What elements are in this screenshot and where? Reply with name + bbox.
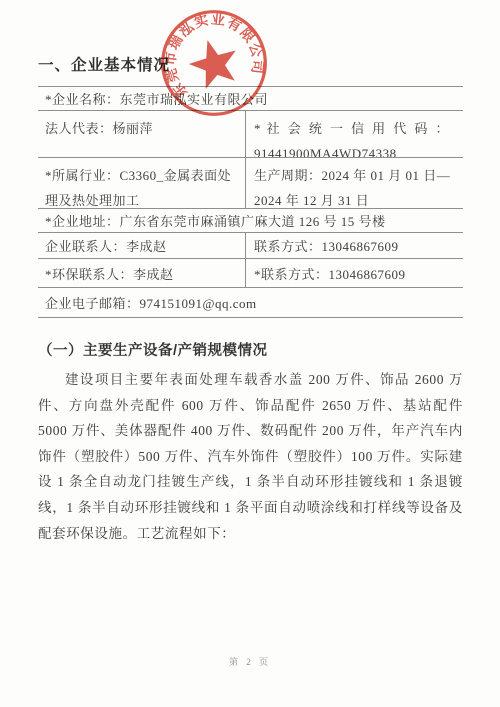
table-row-address: *企业地址：广东省东莞市麻涌镇广麻大道 126 号 15 号楼 bbox=[38, 208, 463, 232]
contact-person-text: 企业联系人：李成赵 bbox=[45, 236, 167, 255]
cell-email: 企业电子邮箱：974151091@qq.com bbox=[38, 288, 463, 317]
page-title: 一、企业基本情况 bbox=[38, 53, 170, 75]
legal-rep-text: 法人代表：杨丽萍 bbox=[45, 116, 241, 141]
page-number: 第 2 页 bbox=[0, 655, 500, 668]
cell-credit-code: * 社 会 统 一 信 用 代 码 ： 91441900MA4WD74338 bbox=[245, 111, 463, 157]
contact-phone-text: 联系方式：13046867609 bbox=[254, 236, 399, 255]
body-paragraph: 建设项目主要年表面处理车载香水盖 200 万件、饰品 2600 万件、方向盘外壳… bbox=[38, 367, 463, 546]
cell-env-contact-phone: *联系方式：13046867609 bbox=[245, 259, 463, 287]
email-text: 企业电子邮箱：974151091@qq.com bbox=[45, 293, 257, 312]
cell-company-name: *企业名称：东莞市瑞泓实业有限公司 bbox=[38, 87, 463, 110]
production-period-text: 生产周期：2024 年 01 月 01 日—2024 年 12 月 31 日 bbox=[254, 163, 459, 208]
address-text: *企业地址：广东省东莞市麻涌镇广麻大道 126 号 15 号楼 bbox=[45, 211, 386, 230]
table-row-contact: 企业联系人：李成赵 联系方式：13046867609 bbox=[38, 232, 463, 258]
document-page: 一、企业基本情况 *企业名称：东莞市瑞泓实业有限公司 法人代表：杨丽萍 * 社 … bbox=[0, 0, 500, 707]
table-row-legal-rep: 法人代表：杨丽萍 * 社 会 统 一 信 用 代 码 ： 91441900MA4… bbox=[38, 110, 463, 157]
seal-star-icon bbox=[184, 33, 244, 91]
credit-code-value: 91441900MA4WD74338 bbox=[254, 141, 459, 157]
table-row-industry: *所属行业：C3360_金属表面处理及热处理加工 生产周期：2024 年 01 … bbox=[38, 157, 463, 208]
table-row-env-contact: *环保联系人：李成赵 *联系方式：13046867609 bbox=[38, 258, 463, 287]
cell-industry: *所属行业：C3360_金属表面处理及热处理加工 bbox=[38, 158, 245, 208]
cell-legal-rep: 法人代表：杨丽萍 bbox=[38, 111, 245, 157]
cell-env-contact-person: *环保联系人：李成赵 bbox=[38, 259, 245, 287]
table-row-company-name: *企业名称：东莞市瑞泓实业有限公司 bbox=[38, 86, 463, 110]
cell-production-period: 生产周期：2024 年 01 月 01 日—2024 年 12 月 31 日 bbox=[245, 158, 463, 208]
env-contact-person-text: *环保联系人：李成赵 bbox=[45, 264, 174, 283]
industry-text: *所属行业：C3360_金属表面处理及热处理加工 bbox=[45, 163, 241, 208]
company-name-text: *企业名称：东莞市瑞泓实业有限公司 bbox=[45, 89, 268, 108]
cell-contact-phone: 联系方式：13046867609 bbox=[245, 233, 463, 258]
cell-contact-person: 企业联系人：李成赵 bbox=[38, 233, 245, 258]
env-contact-phone-text: *联系方式：13046867609 bbox=[254, 264, 406, 283]
section-heading: （一）主要生产设备/产销规模情况 bbox=[38, 339, 268, 360]
cell-address: *企业地址：广东省东莞市麻涌镇广麻大道 126 号 15 号楼 bbox=[38, 209, 463, 232]
company-info-table: *企业名称：东莞市瑞泓实业有限公司 法人代表：杨丽萍 * 社 会 统 一 信 用… bbox=[38, 86, 463, 318]
credit-code-label: * 社 会 统 一 信 用 代 码 ： bbox=[254, 116, 459, 141]
table-row-email: 企业电子邮箱：974151091@qq.com bbox=[38, 287, 463, 317]
